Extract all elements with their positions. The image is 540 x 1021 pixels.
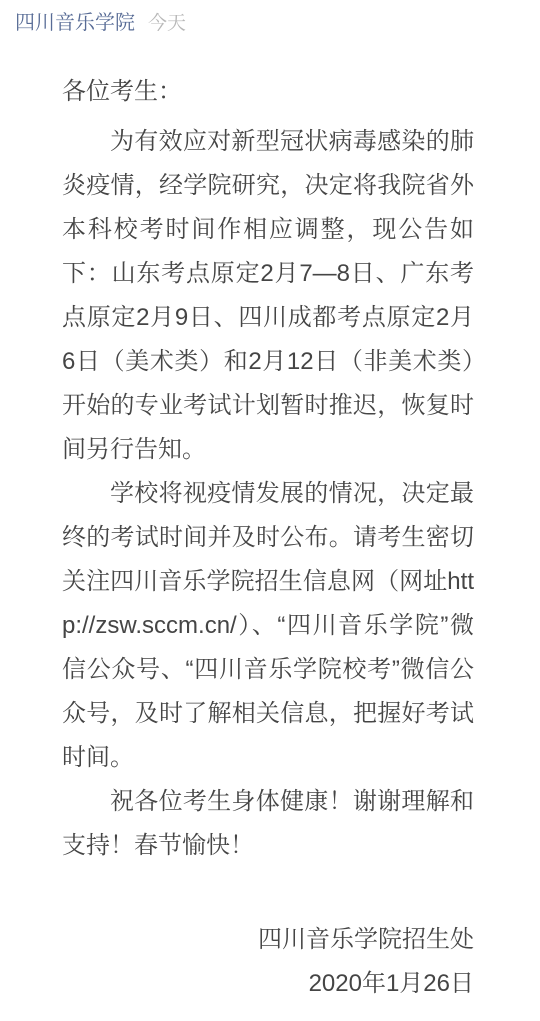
signature-org: 四川音乐学院招生处: [62, 918, 474, 962]
body-paragraph-1: 为有效应对新型冠状病毒感染的肺炎疫情，经学院研究，决定将我院省外本科校考时间作相…: [62, 120, 474, 472]
signature-block: 四川音乐学院招生处 2020年1月26日: [62, 918, 474, 1006]
wechat-article-page: 四川音乐学院今天 各位考生： 为有效应对新型冠状病毒感染的肺炎疫情，经学院研究，…: [0, 0, 540, 1021]
article-body: 各位考生： 为有效应对新型冠状病毒感染的肺炎疫情，经学院研究，决定将我院省外本科…: [62, 70, 474, 1006]
body-paragraph-2: 学校将视疫情发展的情况，决定最终的考试时间并及时公布。请考生密切关注四川音乐学院…: [62, 472, 474, 780]
account-name-link[interactable]: 四川音乐学院: [15, 12, 135, 34]
body-paragraph-3: 祝各位考生身体健康！谢谢理解和支持！春节愉快！: [62, 780, 474, 868]
salutation: 各位考生：: [62, 70, 474, 114]
publish-timestamp: 今天: [148, 13, 186, 34]
article-header: 四川音乐学院今天: [0, 0, 540, 36]
signature-date: 2020年1月26日: [62, 962, 474, 1006]
